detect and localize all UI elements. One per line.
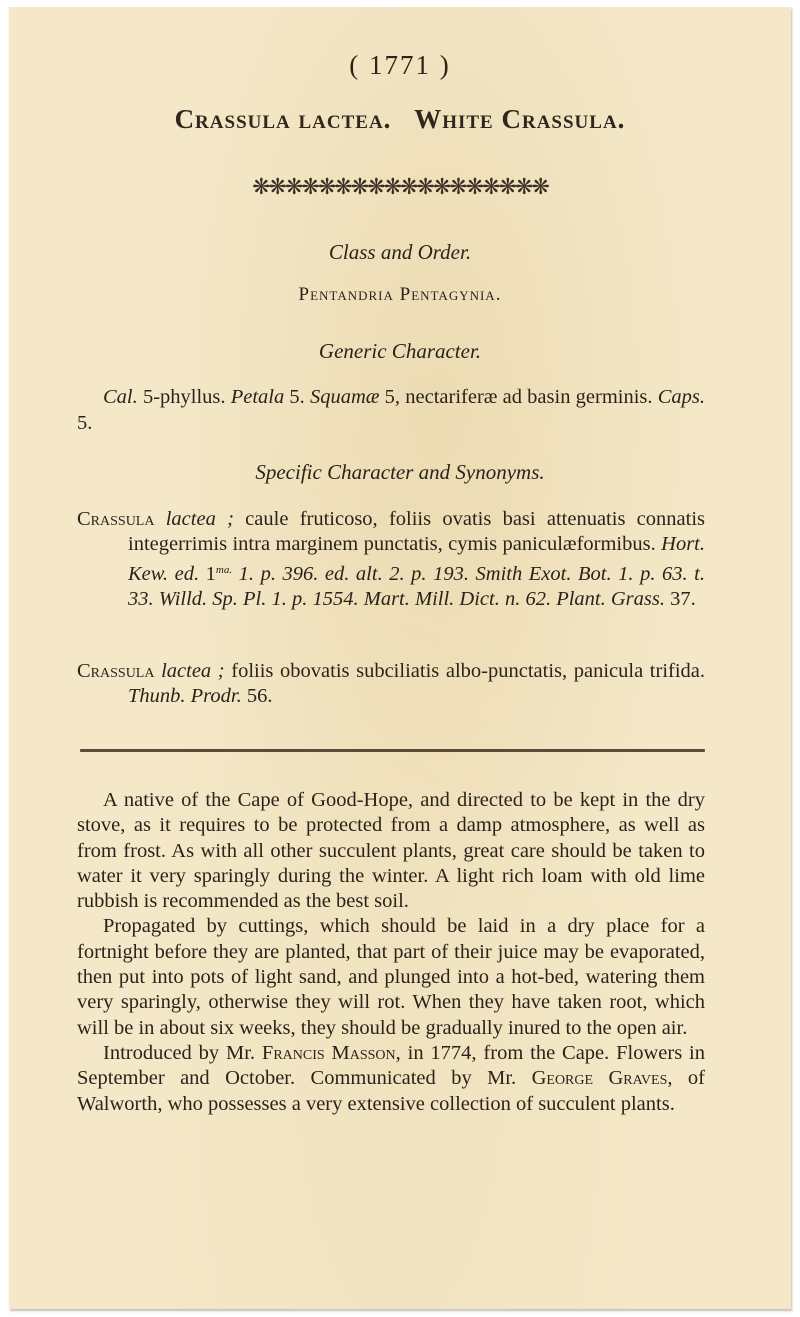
petala-text: 5. [284,386,310,408]
synonym-entry: Crassula lactea ; foliis obovatis subcil… [77,659,705,710]
reference: Smith Exot. Bot. [476,563,612,585]
paragraph-introduction: Introduced by Mr. Francis Masson, in 177… [77,1041,705,1117]
generic-character-heading: Generic Character. [0,339,800,364]
intro-text: Introduced by Mr. [103,1042,262,1064]
person-name: George Graves [532,1067,668,1089]
reference-tail: 1. p. 396. ed. alt. 2. p. 193. [232,563,475,585]
reference-tail: 37. [665,588,696,610]
superscript: ma. [216,564,232,576]
class-order-value: Pentandria Pentagynia. [0,284,800,306]
species-name: lactea ; [166,508,234,530]
cal-label: Cal. [103,386,138,408]
petala-label: Petala [231,386,285,408]
reference: Willd. Sp. Pl. [159,588,267,610]
cal-text: 5-phyllus. [138,386,231,408]
reference-tail: 62. [520,588,556,610]
synonym-description: foliis obovatis subciliatis albo-punctat… [225,660,705,682]
genus-name: Crassula [77,660,154,682]
genus-name: Crassula [77,508,154,530]
paragraph-culture: A native of the Cape of Good-Hope, and d… [77,788,705,914]
caps-text: 5. [77,412,92,434]
reference-edition: 1 [199,563,216,585]
reference-tail: 56. [242,685,273,707]
class-order-heading: Class and Order. [0,240,800,265]
title-latin: Crassula lactea. [175,104,392,134]
squamae-label: Squamæ [310,386,379,408]
title-common: White Crassula. [414,104,625,134]
caps-label: Caps. [658,386,705,408]
page-title: Crassula lactea. White Crassula. [0,104,800,135]
reference: Mart. Mill. Dict. n. [364,588,521,610]
page-number: ( 1771 ) [0,50,800,81]
synonym-entry: Crassula lactea ; caule fruticoso, folii… [77,507,705,612]
ornament-divider: ❋❋❋❋❋❋❋❋❋❋❋❋❋❋❋❋❋❋ [0,174,800,200]
species-name: lactea ; [161,660,225,682]
horizontal-rule [80,749,705,752]
reference: Plant. Grass. [556,588,665,610]
generic-character-text: Cal. 5-phyllus. Petala 5. Squamæ 5, nect… [77,385,705,436]
description-body: A native of the Cape of Good-Hope, and d… [77,788,705,1117]
paragraph-propagation: Propagated by cuttings, which should be … [77,914,705,1040]
squamae-text: 5, nectariferæ ad basin germinis. [379,386,657,408]
specific-character-heading: Specific Character and Synonyms. [0,460,800,485]
person-name: Francis Masson [262,1042,396,1064]
reference-tail: 1. p. 1554. [266,588,363,610]
reference: Thunb. Prodr. [128,685,242,707]
